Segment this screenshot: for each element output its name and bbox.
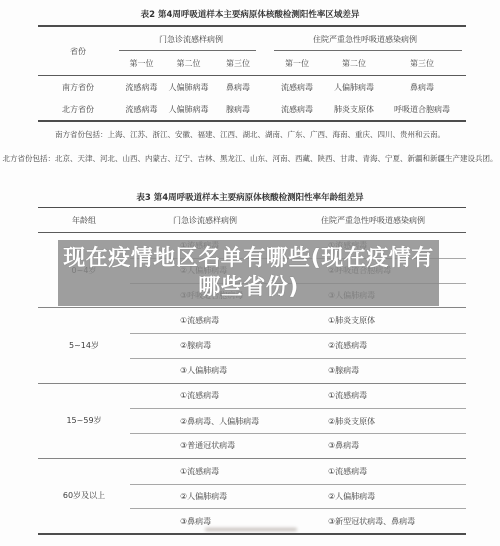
rank-header: 第一位 bbox=[264, 51, 330, 75]
group1-underline bbox=[119, 50, 256, 51]
table2-group2-label: 住院严重急性呼吸道感染病例 bbox=[313, 34, 417, 45]
note-north-provinces: 北方省份包括：北京、天津、河北、山西、内蒙古、辽宁、吉林、黑龙江、山东、河南、西… bbox=[0, 153, 500, 164]
pathogen-cell: ②鼻病毒、人偏肺病毒 bbox=[130, 416, 280, 427]
pathogen-cell: 人偏肺病毒 bbox=[165, 98, 212, 120]
rank-header: 第三位 bbox=[212, 51, 264, 75]
age-cell: 60岁及以上 bbox=[38, 459, 130, 533]
table-row-age-60-plus: 60岁及以上 ①流感病毒①流感病毒 ②人偏肺病毒②人偏肺病毒 ③鼻病毒③新型冠状… bbox=[38, 458, 466, 533]
province-cell: 南方省份 bbox=[38, 76, 118, 98]
pathogen-cell: ③新型冠状病毒、鼻病毒 bbox=[280, 516, 466, 527]
pathogen-cell: 呼吸道合胞病毒 bbox=[378, 98, 466, 120]
group2-underline bbox=[274, 50, 462, 51]
pathogen-cell: 流感病毒 bbox=[118, 76, 165, 98]
pathogen-cell: ③人偏肺病毒 bbox=[130, 365, 280, 376]
watermark-title-banner: 现在疫情地区名单有哪些(现在疫情有 哪些省份) bbox=[58, 240, 439, 306]
pathogen-cell: ①流感病毒 bbox=[130, 390, 280, 401]
pathogen-cell: ①流感病毒 bbox=[280, 466, 466, 477]
pathogen-cell: ②腺病毒 bbox=[130, 340, 280, 351]
table3-title: 表3 第4周呼吸道样本主要病原体核酸检测阳性率年龄组差异 bbox=[0, 191, 500, 203]
pathogen-cell: ②人偏肺病毒 bbox=[130, 491, 280, 502]
rank-header: 第二位 bbox=[165, 51, 212, 75]
pathogen-cell: ①流感病毒 bbox=[280, 390, 466, 401]
table3-inpatient-header: 住院严重急性呼吸道感染病例 bbox=[280, 215, 466, 226]
pathogen-cell: ③普通冠状病毒 bbox=[130, 440, 280, 451]
watermark-title-line1: 现在疫情地区名单有哪些(现在疫情有 bbox=[63, 244, 434, 273]
rank-header: 第一位 bbox=[118, 51, 165, 75]
pathogen-cell: ①流感病毒 bbox=[130, 466, 280, 477]
pathogen-cell: ②肺炎支原体 bbox=[280, 416, 466, 427]
table2-header: 省份 门急诊流感样病例 住院严重急性呼吸道感染病例 第一位 第二位 第三位 第一… bbox=[38, 27, 466, 76]
pathogen-cell: 腺病毒 bbox=[212, 98, 264, 120]
pathogen-cell: 人偏肺病毒 bbox=[165, 76, 212, 98]
table-row-age-5-14: 5~14岁 ①流感病毒①肺炎支原体 ②腺病毒②流感病毒 ③人偏肺病毒③腺病毒 bbox=[38, 307, 466, 382]
table2-group1-label: 门急诊流感样病例 bbox=[159, 34, 223, 45]
table3-header: 年龄组 门急诊流感样病例 住院严重急性呼吸道感染病例 bbox=[38, 208, 466, 233]
pathogen-cell: 流感病毒 bbox=[118, 98, 165, 120]
pathogen-cell: 肺炎支原体 bbox=[330, 98, 378, 120]
pathogen-cell: 流感病毒 bbox=[264, 98, 330, 120]
pathogen-cell: ③鼻病毒 bbox=[130, 516, 280, 527]
table2-region-differences: 省份 门急诊流感样病例 住院严重急性呼吸道感染病例 第一位 第二位 第三位 第一… bbox=[38, 25, 466, 122]
table-row-age-15-59: 15~59岁 ①流感病毒①流感病毒 ②鼻病毒、人偏肺病毒②肺炎支原体 ③普通冠状… bbox=[38, 383, 466, 458]
note-south-provinces: 南方省份包括：上海、江苏、浙江、安徽、福建、江西、湖北、湖南、广东、广西、海南、… bbox=[0, 129, 500, 140]
rank-header: 第二位 bbox=[330, 51, 378, 75]
pathogen-cell: 鼻病毒 bbox=[378, 76, 466, 98]
age-cell: 15~59岁 bbox=[38, 384, 130, 458]
table2-title: 表2 第4周呼吸道样本主要病原体核酸检测阳性率区域差异 bbox=[0, 8, 500, 20]
table2-group-outpatient: 门急诊流感样病例 bbox=[118, 27, 264, 51]
watermark-title-line2: 哪些省份) bbox=[198, 273, 299, 302]
pathogen-cell: ③腺病毒 bbox=[280, 365, 466, 376]
pathogen-cell: ②流感病毒 bbox=[280, 340, 466, 351]
pathogen-cell: ②人偏肺病毒 bbox=[280, 491, 466, 502]
province-cell: 北方省份 bbox=[38, 98, 118, 120]
table2-province-header: 省份 bbox=[38, 27, 118, 75]
table3-outpatient-header: 门急诊流感样病例 bbox=[130, 215, 280, 226]
table-row-north: 北方省份 流感病毒 人偏肺病毒 腺病毒 流感病毒 肺炎支原体 呼吸道合胞病毒 bbox=[38, 98, 466, 120]
pathogen-cell: 流感病毒 bbox=[264, 76, 330, 98]
pathogen-cell: ③鼻病毒 bbox=[280, 440, 466, 451]
pathogen-cell: ①肺炎支原体 bbox=[280, 315, 466, 326]
table2-rank-header-row: 第一位 第二位 第三位 第一位 第二位 第三位 bbox=[118, 51, 466, 75]
table3-age-header: 年龄组 bbox=[38, 215, 130, 226]
table-row-south: 南方省份 流感病毒 人偏肺病毒 鼻病毒 流感病毒 人偏肺病毒 鼻病毒 bbox=[38, 76, 466, 98]
pathogen-cell: 人偏肺病毒 bbox=[330, 76, 378, 98]
table2-group-inpatient: 住院严重急性呼吸道感染病例 bbox=[264, 27, 466, 51]
bottom-smudge-artifact bbox=[205, 528, 297, 531]
pathogen-cell: ①流感病毒 bbox=[130, 315, 280, 326]
age-cell: 5~14岁 bbox=[38, 308, 130, 382]
pathogen-cell: 鼻病毒 bbox=[212, 76, 264, 98]
rank-header: 第三位 bbox=[378, 51, 466, 75]
